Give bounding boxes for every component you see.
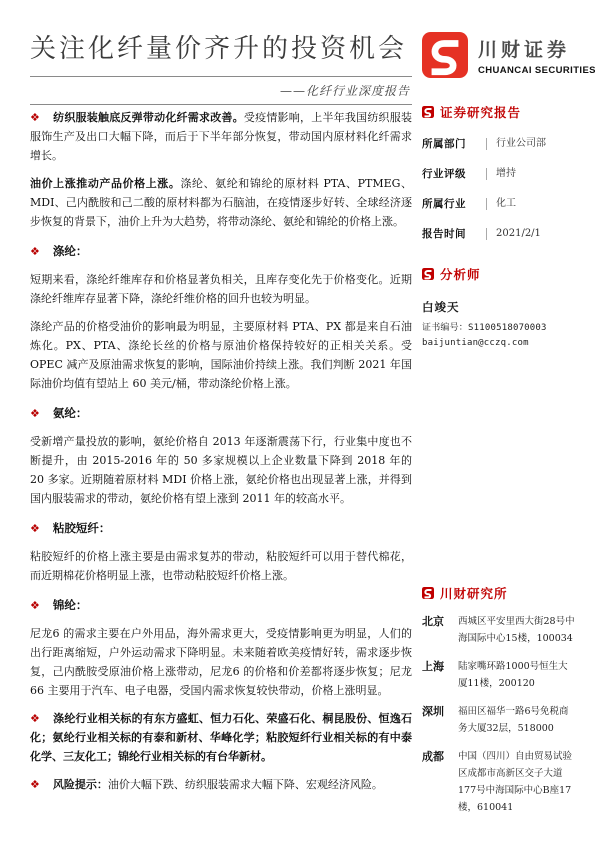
meta-label: 所属行业	[422, 196, 486, 211]
brand-block: 川财证券 CHUANCAI SECURITIES	[422, 32, 577, 78]
section-heading-spandex: ❖氨纶：	[30, 404, 412, 423]
report-badge: 证券研究报告	[422, 103, 577, 121]
report-body: ❖纺织服装触底反弹带动化纤需求改善。受疫情影响，上半年我国纺织服装服饰生产及出口…	[30, 104, 412, 794]
diamond-bullet-icon: ❖	[30, 599, 53, 612]
paragraph-text: 受新增产量投放的影响，氨纶价格自 2013 年逐渐震荡下行，行业集中度也不断提升…	[30, 435, 412, 505]
diamond-bullet-icon: ❖	[30, 522, 53, 535]
section-heading-viscose: ❖粘胶短纤：	[30, 519, 412, 538]
paragraph-text: 涤纶行业相关标的有东方盛虹、恒力石化、荣盛石化、桐昆股份、恒逸石化；氨纶行业相关…	[30, 712, 412, 763]
paragraph-text: 油价大幅下跌、纺织服装需求大幅下降、宏观经济风险。	[108, 778, 383, 791]
analyst-heading-label: 分析师	[440, 265, 481, 283]
section-heading-label: 涤纶：	[53, 244, 88, 258]
institute-heading-label: 川财研究所	[440, 584, 508, 602]
chuancai-mini-logo-icon	[422, 268, 434, 280]
chuancai-logo-icon	[422, 32, 468, 78]
page-title: 关注化纤量价齐升的投资机会	[30, 30, 412, 69]
brand-name-cn: 川财证券	[478, 35, 595, 62]
report-badge-label: 证券研究报告	[440, 103, 521, 121]
diamond-bullet-icon: ❖	[30, 245, 53, 258]
section-heading-label: 氨纶：	[53, 406, 88, 420]
section-heading-nylon: ❖锦纶：	[30, 596, 412, 615]
paragraph-related-stocks: ❖涤纶行业相关标的有东方盛虹、恒力石化、荣盛石化、桐昆股份、恒逸石化；氨纶行业相…	[30, 709, 412, 766]
paragraph-nylon-1: 尼龙6 的需求主要在户外用品，海外需求更大，受疫情影响更为明显，人们的出行距离缩…	[30, 624, 412, 700]
office-address: 福田区福华一路6号免税商务大厦32层，518000	[458, 703, 577, 737]
paragraph-polyester-2: 涤纶产品的价格受油价的影响最为明显，主要原材料 PTA、PX 都是来自石油炼化。…	[30, 317, 412, 393]
office-city: 上海	[422, 658, 458, 692]
paragraph-viscose-1: 粘胶短纤的价格上涨主要是由需求复苏的带动，粘胶短纤可以用于替代棉花，而近期棉花价…	[30, 547, 412, 585]
office-city: 成都	[422, 748, 458, 816]
diamond-bullet-icon: ❖	[30, 407, 53, 420]
office-address: 西城区平安里西大街28号中海国际中心15楼，100034	[458, 613, 577, 647]
institute-heading: 川财研究所	[422, 584, 577, 602]
report-header: 关注化纤量价齐升的投资机会 ——化纤行业深度报告	[30, 30, 412, 105]
paragraph-text: 尼龙6 的需求主要在户外用品，海外需求更大，受疫情影响更为明显，人们的出行距离缩…	[30, 627, 412, 697]
meta-row-industry: 所属行业 化工	[422, 196, 577, 211]
meta-label: 报告时间	[422, 226, 486, 241]
paragraph-risk: ❖风险提示：油价大幅下跌、纺织服装需求大幅下降、宏观经济风险。	[30, 775, 412, 794]
paragraph-text: 短期来看，涤纶纤维库存和价格显著负相关，且库存变化先于价格变化。近期涤纶纤维库存…	[30, 273, 412, 305]
paragraph-spandex-1: 受新增产量投放的影响，氨纶价格自 2013 年逐渐震荡下行，行业集中度也不断提升…	[30, 432, 412, 508]
analyst-name: 白竣天	[422, 299, 577, 315]
paragraph-polyester-1: 短期来看，涤纶纤维库存和价格显著负相关，且库存变化先于价格变化。近期涤纶纤维库存…	[30, 270, 412, 308]
office-beijing: 北京 西城区平安里西大街28号中海国际中心15楼，100034	[422, 613, 577, 647]
analyst-cert-number: 证书编号：S1100518070003	[422, 320, 577, 333]
analyst-email: baijuntian@cczq.com	[422, 338, 577, 348]
paragraph-text: 粘胶短纤的价格上涨主要是由需求复苏的带动，粘胶短纤可以用于替代棉花，而近期棉花价…	[30, 550, 412, 582]
office-shanghai: 上海 陆家嘴环路1000号恒生大厦11楼，200120	[422, 658, 577, 692]
diamond-bullet-icon: ❖	[30, 712, 53, 725]
office-address: 中国（四川）自由贸易试验区成都市高新区交子大道177号中海国际中心B座17楼，6…	[458, 748, 577, 816]
paragraph-lead: 纺织服装触底反弹带动化纤需求改善。	[53, 111, 244, 124]
paragraph-demand: ❖纺织服装触底反弹带动化纤需求改善。受疫情影响，上半年我国纺织服装服饰生产及出口…	[30, 108, 412, 165]
section-heading-label: 粘胶短纤：	[53, 521, 111, 535]
office-city: 深圳	[422, 703, 458, 737]
report-sidebar: 证券研究报告 所属部门 行业公司部 行业评级 增持 所属行业 化工 报告时间 2…	[422, 103, 577, 816]
section-heading-label: 锦纶：	[53, 598, 88, 612]
paragraph-lead: 风险提示：	[53, 778, 108, 791]
analyst-heading: 分析师	[422, 265, 577, 283]
meta-label: 所属部门	[422, 136, 486, 151]
office-city: 北京	[422, 613, 458, 647]
paragraph-text: 涤纶产品的价格受油价的影响最为明显，主要原材料 PTA、PX 都是来自石油炼化。…	[30, 320, 412, 390]
brand-name-en: CHUANCAI SECURITIES	[478, 65, 595, 76]
paragraph-oil-price: 油价上涨推动产品价格上涨。涤纶、氨纶和锦纶的原材料 PTA、PTMEG、MDI、…	[30, 174, 412, 231]
office-chengdu: 成都 中国（四川）自由贸易试验区成都市高新区交子大道177号中海国际中心B座17…	[422, 748, 577, 816]
meta-value: 化工	[486, 198, 516, 210]
meta-value: 2021/2/1	[486, 228, 541, 240]
report-page: 关注化纤量价齐升的投资机会 ——化纤行业深度报告 川财证券 CHUANCAI S…	[0, 0, 595, 842]
meta-row-rating: 行业评级 增持	[422, 166, 577, 181]
diamond-bullet-icon: ❖	[30, 111, 53, 124]
diamond-bullet-icon: ❖	[30, 778, 53, 791]
meta-value: 增持	[486, 168, 516, 180]
office-address: 陆家嘴环路1000号恒生大厦11楼，200120	[458, 658, 577, 692]
meta-row-date: 报告时间 2021/2/1	[422, 226, 577, 241]
chuancai-mini-logo-icon	[422, 106, 434, 118]
chuancai-mini-logo-icon	[422, 587, 434, 599]
office-shenzhen: 深圳 福田区福华一路6号免税商务大厦32层，518000	[422, 703, 577, 737]
paragraph-lead: 油价上涨推动产品价格上涨。	[30, 177, 180, 190]
page-subtitle: ——化纤行业深度报告	[30, 77, 412, 104]
meta-label: 行业评级	[422, 166, 486, 181]
meta-row-department: 所属部门 行业公司部	[422, 136, 577, 151]
section-heading-polyester: ❖涤纶：	[30, 242, 412, 261]
meta-value: 行业公司部	[486, 138, 546, 150]
